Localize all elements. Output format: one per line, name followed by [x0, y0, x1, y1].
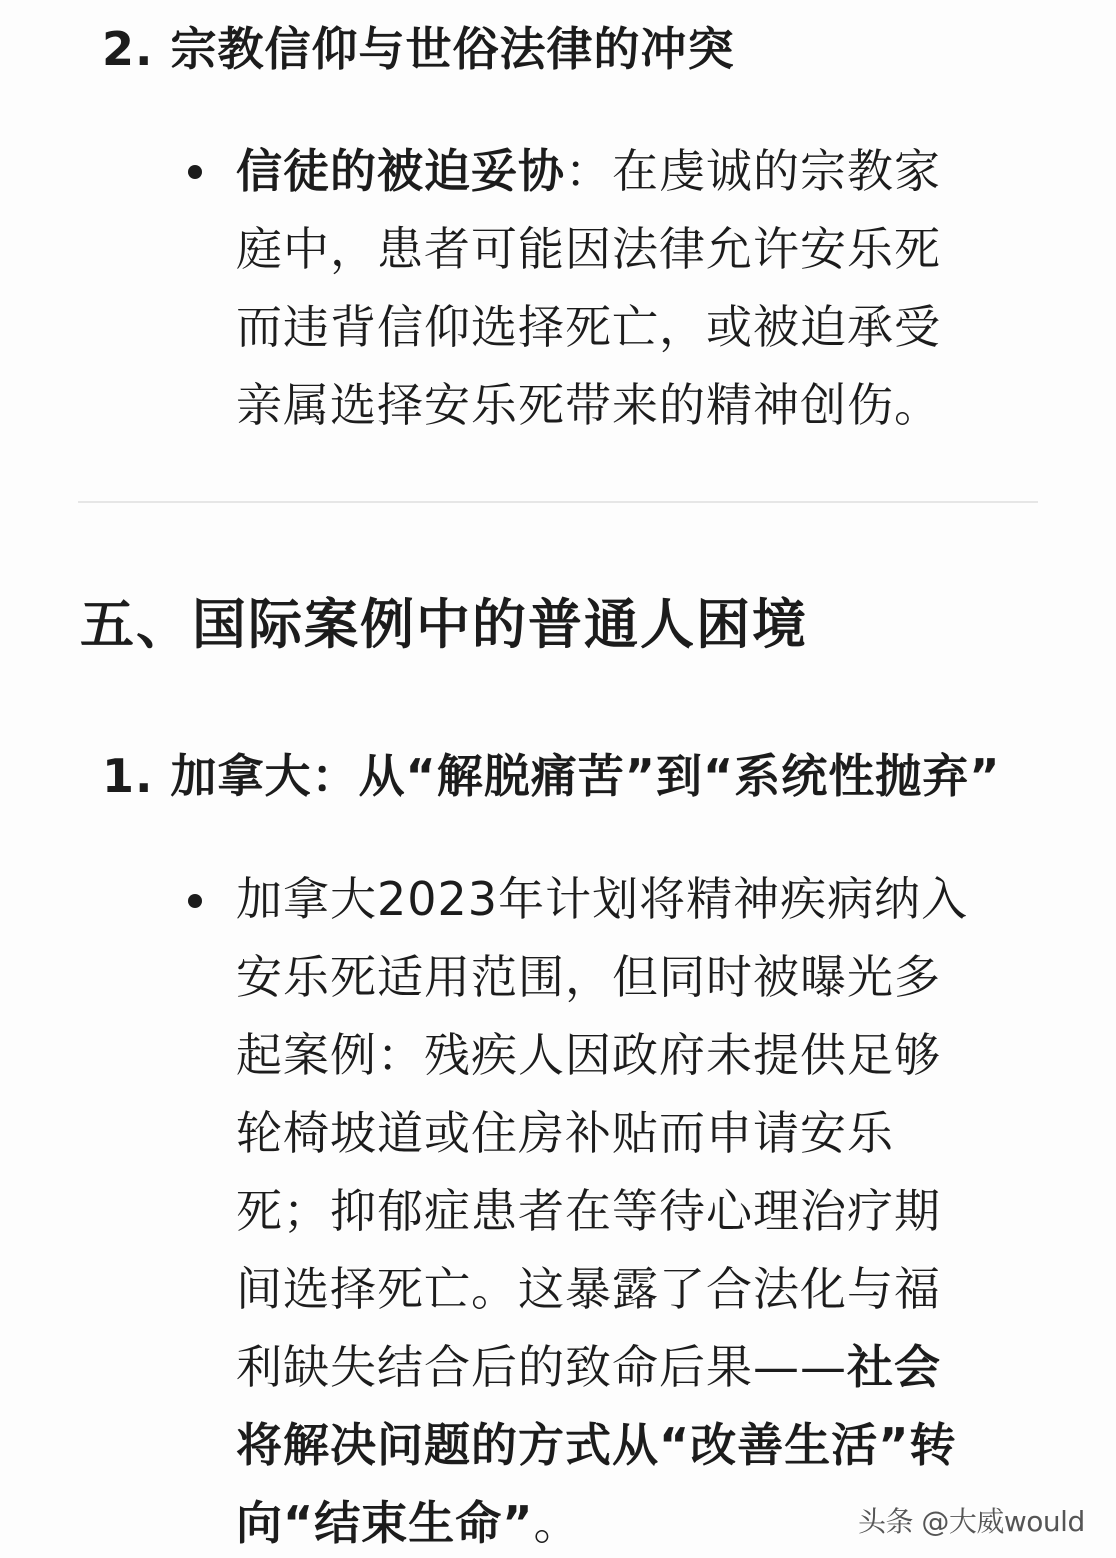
bullet-forced-compromise: 信徒的被迫妥协：在虔诚的宗教家 庭中，患者可能因法律允许安乐死 而违背信仰选择死… — [236, 132, 1036, 444]
bold-text-line: 将解决问题的方式从“改善生活”转 — [236, 1406, 1036, 1484]
text: 。 — [533, 1496, 580, 1550]
heading-religion-law-conflict: 2. 宗教信仰与世俗法律的冲突 — [102, 26, 735, 72]
text-line: 庭中，患者可能因法律允许安乐死 — [236, 210, 1036, 288]
text-line: 起案例：残疾人因政府未提供足够 — [236, 1016, 1036, 1094]
text-line: 加拿大2023年计划将精神疾病纳入 — [236, 860, 1036, 938]
text: ：在虔诚的宗教家 — [565, 144, 941, 198]
section-divider — [78, 501, 1038, 503]
bullet-canada-cases: 加拿大2023年计划将精神疾病纳入 安乐死适用范围，但同时被曝光多 起案例：残疾… — [236, 860, 1036, 1558]
bullet-dot — [188, 165, 202, 179]
text-line: 而违背信仰选择死亡，或被迫承受 — [236, 288, 1036, 366]
text-line: 间选择死亡。这暴露了合法化与福 — [236, 1250, 1036, 1328]
bold-text: 向“结束生命” — [236, 1496, 533, 1550]
bullet-dot — [188, 894, 202, 908]
text-line: 死；抑郁症患者在等待心理治疗期 — [236, 1172, 1036, 1250]
bold-lead: 信徒的被迫妥协 — [236, 144, 565, 198]
bold-text: 社会 — [847, 1340, 941, 1394]
text: 利缺失结合后的致命后果—— — [236, 1340, 847, 1394]
watermark: 头条 @大威would — [858, 1500, 1085, 1540]
text-line: 亲属选择安乐死带来的精神创伤。 — [236, 366, 1036, 444]
section-heading-international-cases: 五、国际案例中的普通人困境 — [80, 598, 808, 652]
heading-canada: 1. 加拿大：从“解脱痛苦”到“系统性抛弃” — [102, 753, 1000, 799]
text-line: 轮椅坡道或住房补贴而申请安乐 — [236, 1094, 1036, 1172]
text-line: 安乐死适用范围，但同时被曝光多 — [236, 938, 1036, 1016]
